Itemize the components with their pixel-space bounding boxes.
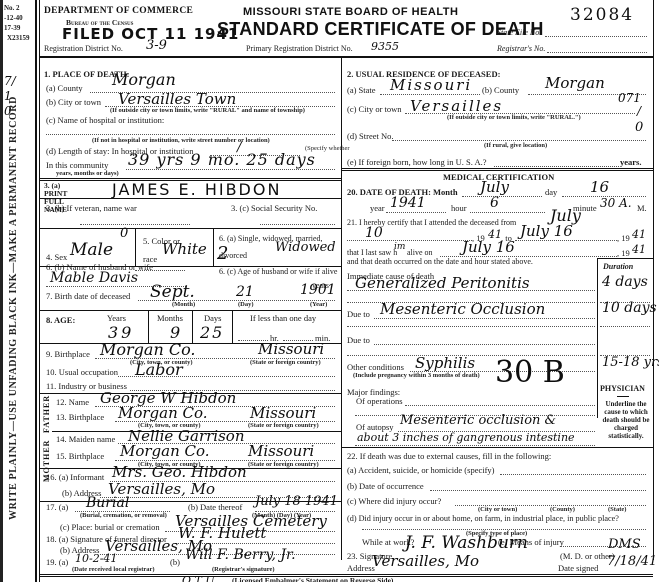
burial-date-value: July 18 1941: [255, 494, 338, 509]
death-minute: 30 A.: [600, 196, 632, 210]
to-year: 41: [632, 228, 646, 241]
autopsy-line-1: Mesenteric occlusion &: [400, 413, 556, 428]
due-to-duration: 10 days: [602, 300, 657, 316]
form-border-right: [653, 0, 654, 560]
line: [126, 169, 335, 170]
mother-state-caption: (State or foreign country): [248, 461, 319, 468]
state-file-line: [545, 36, 647, 37]
last-saw-pronoun: im: [394, 242, 405, 252]
burial-place-label: (c) Place: burial or cremation: [60, 522, 160, 532]
line: [386, 212, 446, 213]
other-conditions-value: Syphilis: [415, 354, 475, 372]
line: [515, 240, 617, 241]
duration-label: Duration: [603, 262, 633, 271]
sex-code: 0: [120, 226, 128, 241]
injury-county-caption: (County): [550, 506, 575, 513]
physician-dash: [617, 396, 629, 397]
occurrence-date-label: (b) Date of occurrence: [347, 481, 424, 491]
immediate-cause-value: Generalized Peritonitis: [355, 274, 530, 292]
community-note: years, months or days): [56, 170, 119, 177]
injury-city-caption: (City or town): [478, 506, 517, 513]
line: [347, 326, 595, 327]
other-conditions-note: (Include pregnancy within 3 months of de…: [353, 372, 480, 379]
residence-state-label: (a) State: [347, 85, 376, 95]
form-codes: No. 2 -12-40 17-39 X23159: [4, 3, 30, 43]
death-month: July: [480, 178, 509, 196]
divider: [192, 310, 193, 343]
birth-year: 1901: [300, 282, 336, 298]
residence-street-label: (d) Street No.: [347, 131, 394, 141]
line: [260, 224, 335, 225]
line: [462, 196, 542, 197]
age-years-label: Years: [107, 313, 126, 323]
residence-mark: 0: [635, 120, 643, 135]
form-border-left: [35, 0, 37, 582]
birth-month: Sept.: [150, 282, 195, 302]
external-causes-heading: 22. If death was due to external causes,…: [347, 451, 551, 461]
date-signed-value: 7/18/41: [607, 554, 657, 569]
form-code: -12-40: [4, 13, 30, 23]
birthplace-city: Morgan Co.: [100, 340, 196, 359]
residence-county-label: (b) County: [482, 85, 519, 95]
spouse-age-label: 6. (c) Age of husband or wife if alive: [219, 262, 339, 281]
mother-birthplace-state: Missouri: [248, 442, 314, 460]
burial-label: 17. (a): [46, 502, 68, 512]
injury-place-label: (c) Where did injury occur?: [347, 496, 441, 506]
hospital-note: (If not in hospital or institution, writ…: [92, 137, 270, 144]
divider: [341, 170, 653, 171]
death-county-label: (a) County: [46, 83, 83, 93]
occupation-label: 10. Usual occupation: [46, 367, 118, 377]
burial-value: Burial: [86, 495, 129, 511]
duration-column-divider: [597, 258, 598, 418]
foreign-born-label: (e) If foreign born, how long in U. S. A…: [347, 157, 487, 167]
marital-code: 2: [217, 243, 228, 264]
date-signed-label: Date signed: [558, 563, 598, 573]
injury-state-caption: (State): [608, 506, 626, 513]
full-name-value: JAMES E. HIBDON: [112, 180, 281, 199]
immediate-duration: 4 days: [602, 274, 648, 290]
community-value: 39 yrs 9 mo. 25 days: [128, 150, 316, 169]
line: [135, 270, 185, 271]
divider: [148, 310, 149, 343]
residence-mark: /: [637, 104, 641, 118]
divider: [213, 228, 214, 266]
community-label: In this community: [46, 160, 108, 170]
mother-birthplace-label: 15. Birthplace: [56, 451, 104, 461]
registrars-no-line: [547, 52, 647, 53]
date-received-value: 10-2-41: [75, 552, 117, 565]
line: [470, 212, 545, 213]
residence-street-note: (If rural, give location): [484, 142, 547, 149]
autopsy-line-2: about 3 inches of gangrenous intestine: [357, 431, 575, 444]
foreign-born-suffix: years.: [620, 157, 641, 167]
less-than-day-label: If less than one day: [250, 313, 316, 323]
birth-date-label: 7. Birth date of deceased: [46, 291, 130, 301]
informant-value: Mrs. Geo. Hibdon: [112, 463, 247, 481]
registrars-no-label: Registrar's No.: [497, 44, 545, 53]
operations-label: Of operations: [356, 396, 403, 406]
physician-signature: J. F. Washburn: [405, 533, 528, 553]
death-city-value: Versailles Town: [118, 90, 236, 108]
marital-value: Widowed: [275, 240, 336, 255]
hospital-label: (c) Name of hospital or institution:: [46, 115, 164, 125]
line: [374, 318, 595, 319]
accident-label: (a) Accident, suicide, or homicide (spec…: [347, 465, 495, 475]
embalmer-mark: O T U: [182, 574, 215, 582]
attended-to-date: July 16: [520, 222, 573, 240]
birth-day: 21: [236, 284, 254, 300]
divider: [341, 168, 653, 169]
form-code: No. 2: [4, 3, 30, 13]
center-divider: [341, 58, 342, 560]
race-value: White: [162, 240, 207, 258]
date-received-caption: (Date received local registrar): [72, 566, 155, 573]
divider: [232, 310, 233, 343]
date-received-label: 19. (a): [46, 557, 68, 567]
death-day-label: day: [545, 187, 557, 197]
father-name-label: 12. Name: [56, 397, 89, 407]
line: [600, 326, 650, 327]
last-saw-label: that I last saw h: [347, 248, 397, 257]
veteran-label: 3. (b) If veteran, name war: [46, 202, 196, 215]
certificate-title: STANDARD CERTIFICATE OF DEATH: [217, 19, 544, 40]
other-conditions-duration: 15-18 yrs: [602, 355, 659, 370]
state-file-number: 32084: [570, 5, 634, 25]
birth-month-caption: (Month): [172, 301, 195, 308]
due-to-label: Due to: [347, 309, 370, 319]
registrar-caption: (Registrar's signature): [212, 566, 275, 573]
birth-year-caption: (Year): [310, 301, 327, 308]
birthplace-state: Missouri: [258, 340, 324, 358]
divider: [39, 310, 341, 311]
line: [355, 445, 595, 446]
sex-label: 4. Sex: [46, 252, 67, 262]
alive-on-label: alive on: [407, 248, 433, 257]
due-to-2-label: Due to: [347, 335, 370, 345]
code-mark: 30 B: [495, 355, 565, 390]
residence-city-note: (If outside city or town limits, write "…: [447, 114, 581, 121]
line: [392, 140, 646, 141]
birthplace-state-caption: (State or foreign country): [250, 359, 321, 366]
last-year-prefix: , 19: [617, 248, 630, 258]
line: [500, 474, 646, 475]
embalmer-note: (Licensed Embalmer's Statement on Revers…: [232, 576, 393, 582]
injury-location-type-label: (d) Did injury occur in or about home, o…: [347, 514, 619, 523]
scan-edge: [0, 0, 3, 582]
occupation-value: Labor: [135, 360, 183, 379]
death-day: 16: [590, 178, 609, 196]
primary-registration-label: Primary Registration District No.: [246, 44, 353, 53]
primary-registration-value: 9355: [371, 40, 399, 53]
registrar-label: (b): [170, 557, 180, 567]
death-hour-label: hour: [451, 203, 467, 213]
divider: [341, 447, 653, 448]
informant-label: 16. (a) Informant: [46, 472, 104, 482]
physician-address-label: Address: [347, 563, 375, 573]
form-border-left-inner: [39, 0, 40, 582]
mother-birthplace-city: Morgan Co.: [120, 442, 210, 460]
spouse-value: Mable Davis: [50, 270, 138, 286]
last-saw-date: July 16: [462, 238, 515, 256]
death-city-label: (b) City or town: [46, 97, 101, 107]
residence-city-label: (c) City or town: [347, 104, 402, 114]
md-value: DMS: [608, 537, 641, 552]
father-birthplace-state: Missouri: [250, 404, 316, 422]
registration-district-label: Registration District No.: [44, 44, 123, 53]
physician-label: PHYSICIAN: [600, 384, 645, 393]
department: DEPARTMENT OF COMMERCE: [44, 6, 193, 16]
death-m-suffix: M.: [637, 203, 647, 213]
father-state-caption: (State or foreign country): [248, 422, 319, 429]
death-city-note: (If outside city or town limits, write "…: [110, 107, 305, 114]
age-months-label: Months: [157, 313, 183, 323]
residence-county-value: Morgan: [545, 74, 605, 92]
to-year-prefix: , 19: [617, 233, 630, 243]
form-code: X23159: [4, 33, 30, 43]
residence-code: 071: [618, 91, 641, 105]
burial-caption: (Burial, cremation, or removal): [80, 512, 167, 519]
due-to-value: Mesenteric Occlusion: [380, 300, 545, 318]
death-occurred-label: and that death occurred on the date and …: [347, 257, 533, 266]
father-birthplace-label: 13. Birthplace: [56, 412, 104, 422]
age-days-label: Days: [204, 313, 221, 323]
birth-day-caption: (Day): [238, 301, 254, 308]
death-year-label: year: [370, 203, 385, 213]
mother-maiden-label: 14. Maiden name: [56, 434, 115, 444]
burial-date-label: (b) Date thereof: [188, 502, 242, 512]
registrar-signature: Will F. Berry, Jr.: [185, 547, 296, 563]
line: [405, 405, 595, 406]
board-title: MISSOURI STATE BOARD OF HEALTH: [243, 6, 458, 18]
divider: [135, 228, 136, 266]
other-conditions-label: Other conditions: [347, 362, 404, 372]
form-code: 17-39: [4, 23, 30, 33]
margin-instruction: WRITE PLAINLY—USE UNFADING BLACK INK—MAK…: [8, 96, 19, 520]
death-hour: 6: [490, 195, 499, 211]
birthplace-label: 9. Birthplace: [46, 349, 90, 359]
divider: [39, 198, 341, 199]
divider: [39, 178, 341, 179]
bottom-divider: [39, 574, 653, 575]
duration-box-top: [597, 258, 653, 259]
death-county-value: Morgan: [112, 70, 176, 89]
divider: [39, 228, 341, 229]
header-divider: [39, 56, 653, 58]
attended-from-day: 10: [365, 225, 383, 241]
line: [380, 94, 480, 95]
residence-state-value: Missouri: [390, 76, 472, 94]
line: [80, 224, 190, 225]
last-year: 41: [632, 243, 646, 256]
line: [430, 490, 646, 491]
physician-address-value: Versailles, Mo: [372, 552, 479, 570]
registration-district-value: 3-9: [146, 38, 167, 53]
state-file-label: State File No.: [497, 28, 541, 37]
line: [494, 166, 619, 167]
sex-value: Male: [70, 240, 113, 260]
age-label: 8. AGE:: [46, 315, 75, 325]
father-tag: FATHER: [42, 393, 51, 433]
margin-note: 7/: [4, 74, 16, 89]
age-days-value: 25: [200, 323, 224, 342]
physician-note: Underline the cause to which death shoul…: [599, 400, 653, 440]
father-birthplace-city: Morgan Co.: [118, 404, 208, 422]
line: [46, 134, 335, 135]
ssn-label: 3. (c) Social Security No.: [231, 202, 331, 215]
line: [374, 344, 595, 345]
residence-city-value: Versailles: [410, 97, 503, 115]
death-year: 1941: [390, 195, 426, 211]
